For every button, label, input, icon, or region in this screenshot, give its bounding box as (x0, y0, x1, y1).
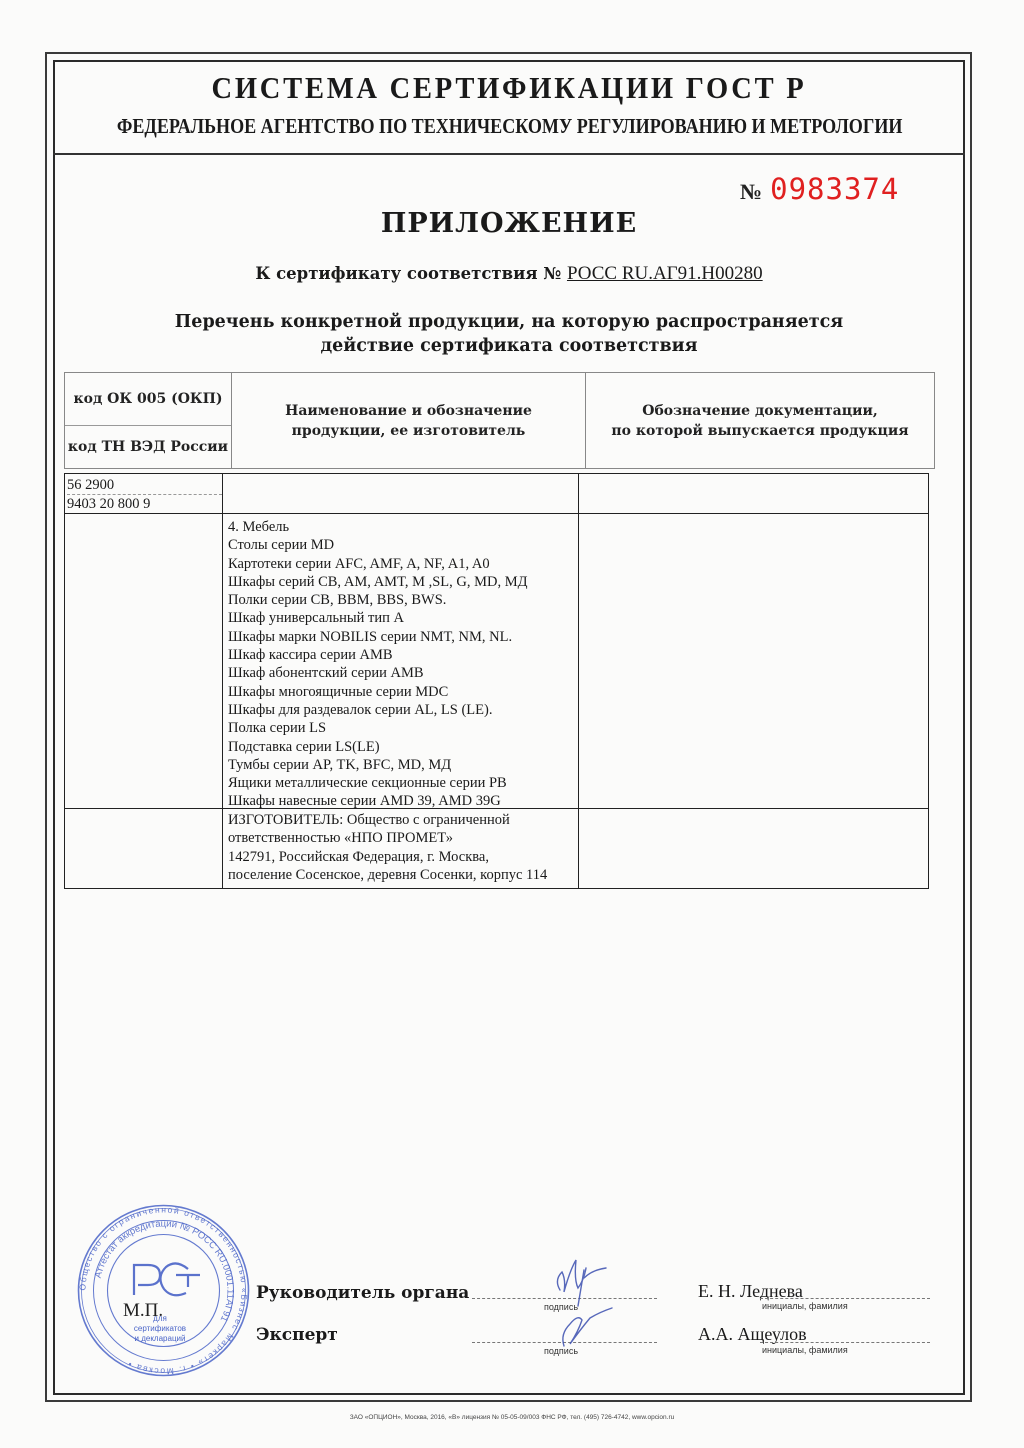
product-item: Подставка серии LS(LE) (228, 738, 578, 756)
table-header: код ОК 005 (ОКП) код ТН ВЭД России Наиме… (64, 372, 935, 469)
product-item: Шкафы многоящичные серии MDC (228, 683, 578, 701)
list-title-line1: Перечень конкретной продукции, на котору… (53, 310, 965, 334)
rst-logo-icon (134, 1263, 200, 1295)
number-sign: № (740, 179, 762, 204)
product-list: 4. МебельСтолы серии MDКартотеки серии A… (228, 518, 578, 811)
header-divider (53, 153, 965, 155)
role-expert: Эксперт (256, 1325, 338, 1345)
name-line (760, 1298, 930, 1299)
product-item: Ящики металлические секционные серии PB (228, 774, 578, 792)
manufacturer-line: поселение Сосенское, деревня Сосенки, ко… (228, 866, 578, 884)
svg-text:и деклараций: и деклараций (135, 1334, 186, 1343)
handwritten-signature-icon (540, 1250, 650, 1360)
agency-name: ФЕДЕРАЛЬНОЕ АГЕНТСТВО ПО ТЕХНИЧЕСКОМУ РЕ… (117, 114, 901, 139)
manufacturer-line: ответственностью «НПО ПРОМЕТ» (228, 829, 578, 847)
header-codes-column: код ОК 005 (ОКП) код ТН ВЭД России (65, 373, 232, 468)
product-list-title: Перечень конкретной продукции, на котору… (53, 310, 965, 358)
column-divider (222, 474, 223, 888)
certification-stamp: Общество с ограниченной ответственностью… (76, 1203, 251, 1378)
product-item: Тумбы серии AP, TK, BFC, MD, МД (228, 756, 578, 774)
product-item: Шкафы навесные серии AMD 39, AMD 39G (228, 792, 578, 810)
name-line (760, 1342, 930, 1343)
certification-system-title: СИСТЕМА СЕРТИФИКАЦИИ ГОСТ Р (89, 70, 928, 106)
header-code-tnved: код ТН ВЭД России (68, 437, 228, 457)
product-item: Шкафы серий CB, AM, AMT, M ,SL, G, MD, М… (228, 573, 578, 591)
manufacturer-line: ИЗГОТОВИТЕЛЬ: Общество с ограниченной (228, 811, 578, 829)
certificate-number: РОСС RU.АГ91.Н00280 (567, 263, 763, 284)
row-divider (65, 513, 928, 514)
cert-ref-prefix: К сертификату соответствия № (255, 264, 567, 283)
product-item: Полки серии CB, BBM, BBS, BWS. (228, 591, 578, 609)
header-product-line2: продукции, ее изготовитель (285, 421, 532, 441)
header-product-column: Наименование и обозначение продукции, ее… (232, 373, 586, 468)
product-item: Шкаф абонентский серии AMB (228, 664, 578, 682)
name-caption: инициалы, фамилия (762, 1301, 848, 1311)
list-title-line2: действие сертификата соответствия (53, 334, 965, 358)
header-docs-line1: Обозначение документации, (611, 401, 908, 421)
product-item: Шкафы для раздевалок серии AL, LS (LE). (228, 701, 578, 719)
product-item: Столы серии MD (228, 536, 578, 554)
product-table: 56 2900 9403 20 800 9 4. МебельСтолы сер… (64, 473, 929, 889)
product-item: Шкаф универсальный тип А (228, 609, 578, 627)
product-item: Шкафы марки NOBILIS серии NMT, NM, NL. (228, 628, 578, 646)
form-number: №0983374 (740, 172, 899, 206)
form-serial-number: 0983374 (770, 172, 899, 206)
code-okp: 56 2900 (67, 476, 222, 495)
svg-text:сертификатов: сертификатов (134, 1324, 186, 1333)
manufacturer-info: ИЗГОТОВИТЕЛЬ: Общество с ограниченнойотв… (228, 811, 578, 884)
product-item: Полка серии LS (228, 719, 578, 737)
header-docs-column: Обозначение документации, по которой вып… (586, 373, 934, 468)
code-tnved: 9403 20 800 9 (67, 495, 222, 513)
appendix-title: ПРИЛОЖЕНИЕ (53, 208, 965, 239)
product-item: Картотеки серии AFC, AMF, A, NF, A1, A0 (228, 555, 578, 573)
header-product-line1: Наименование и обозначение (285, 401, 532, 421)
manufacturer-line: 142791, Российская Федерация, г. Москва, (228, 848, 578, 866)
table-row-codes: 56 2900 9403 20 800 9 (67, 476, 222, 513)
role-head-of-body: Руководитель органа (256, 1283, 469, 1303)
header-docs-line2: по которой выпускается продукция (611, 421, 908, 441)
product-item: Шкаф кассира серии AMB (228, 646, 578, 664)
product-item: 4. Мебель (228, 518, 578, 536)
seal-place-label: М.П. (123, 1300, 163, 1322)
printer-imprint: ЗАО «ОПЦИОН», Москва, 2016, «В» лицензия… (0, 1414, 1024, 1421)
certificate-reference: К сертификату соответствия № РОСС RU.АГ9… (53, 263, 965, 285)
header-code-okp: код ОК 005 (ОКП) (74, 389, 223, 409)
column-divider (578, 474, 579, 888)
name-caption: инициалы, фамилия (762, 1345, 848, 1355)
